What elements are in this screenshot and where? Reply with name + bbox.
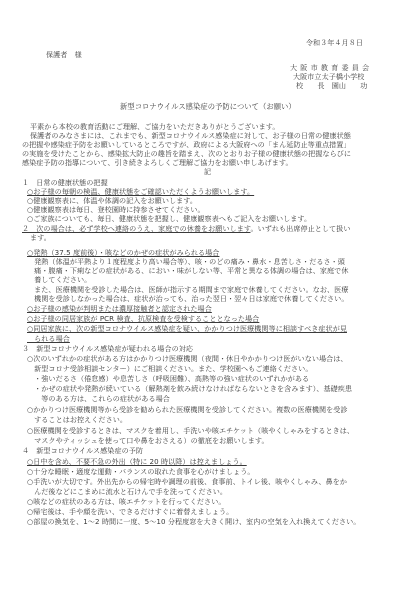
- section-4-item: ○十分な睡眠・適度な運動・バランスの取れた食事を心がけましょう。: [27, 467, 254, 476]
- section-4-item: ○部屋の換気を、1～2 時間に一度、5～10 分程度窓を大きく開け、室内の空気を…: [27, 517, 360, 526]
- section-2-item: 養してください。: [27, 275, 91, 284]
- section-4-item: ○咳などの症状のある方は、咳エチケットを行ってください。: [27, 497, 225, 506]
- section-3-item: ・強いだるさ（倦怠感）や息苦しさ（呼吸困難）、高熱等の強い症状のいずれかがある: [27, 374, 309, 383]
- recipient: 保護者 様: [46, 50, 82, 59]
- document-title: 新型コロナウイルス感染症の予防について（お願い）: [120, 102, 296, 111]
- section-1-item: ○健康観察表に、体温や体調の記入をお願いします。: [27, 196, 197, 205]
- ki-marker: 記: [204, 167, 211, 176]
- section-heading-4: ４ 新型コロナウイルス感染症の予防: [22, 446, 143, 455]
- intro-line: 感染症予防の指導について、引き続きよろしくご理解ご協力をお願い申しあげます。: [22, 158, 293, 167]
- section-2-item: ○発熱（37.5 度前後）・咳などのかぜの症状がみられる場合: [27, 248, 219, 257]
- section-2-item: 発熱（体温が平熱より１度程度より高い場合等）、咳・のどの痛み・鼻水・息苦しさ・だ…: [27, 257, 345, 266]
- section-4-item: ○手洗いが大切です。外出先からの帰宅時や調理の前後、食事前、トイレ後、咳やくしゃ…: [27, 477, 347, 486]
- intro-line: 平素から本校の教育活動にご理解、ご協力をいただきありがとうございます。: [30, 122, 279, 131]
- section-4-item: ○帰宅後は、手や顔を洗い、できるだけすぐに着替えましょう。: [27, 507, 233, 516]
- section-3-item: 新型コロナ受診相談センター）にご相談ください。また、学校園へもご連絡ください。: [27, 364, 312, 373]
- section-1-item: ○ご家族についても、毎日、健康状態を把握し、健康観察表へもご記入をお願いします。: [27, 214, 311, 223]
- section-heading-2-cont: ます。: [30, 233, 51, 242]
- section-2-item: ○同居家族に、次の新型コロナウイルス感染症を疑い、かかりつけ医療機関等に相談すべ…: [27, 324, 347, 333]
- document-page: 令和３年４月８日 保護者 様 大阪市教育委員会 大阪市立太子橋小学校 校 長 園…: [0, 0, 420, 594]
- section-3-item: ・かぜの症状や発熱が続いている（解熱剤を飲み続けなければならないときを含みます）…: [27, 384, 352, 393]
- intro-line: の実施を受けたことから、感染拡大防止の趣旨を踏まえ、次のとおりお子様の健康状態の…: [22, 149, 351, 158]
- section-2-item: ○お子様の同居家族が PCR 検査、抗原検査を受検することとなった場合: [27, 314, 259, 323]
- section-3-item: マスクやティッシュを使って口や鼻をおさえる）の徹底をお願いします。: [27, 436, 269, 445]
- section-heading-3: ３ 新型コロナウイルス感染症が疑われる場合の対応: [22, 344, 193, 353]
- section-3-item: することはお控えください。: [27, 415, 127, 424]
- section-heading-1: １ 日常の健康状態の把握: [22, 178, 108, 187]
- document-date: 令和３年４月８日: [306, 38, 363, 47]
- section-3-item: ○次のいずれかの症状がある方はかかりつけ医療機関（夜間・休日やかかりつけ医がいな…: [27, 354, 348, 363]
- section-4-item: ○日中を含め、不要不急の外出（特に 20 時以降）は控えましょう。: [27, 457, 247, 466]
- section-heading-2-rest: 。いずれも出席停止として扱い: [250, 224, 350, 233]
- section-2-item: られる場合: [27, 334, 70, 343]
- section-3-item: 等のある方は、これらの症状がある場合: [27, 394, 170, 403]
- section-2-item: また、医療機関を受診した場合は、医師が指示する期間まで家庭で休養してください。な…: [27, 285, 348, 294]
- intro-line: の把握や感染症予防をお願いしているところですが、政府による大阪府への「まん延防止…: [22, 140, 351, 149]
- section-2-item: ○お子様の感染が判明または濃厚接触者と認定された場合: [27, 304, 212, 313]
- section-heading-2-underlined: ２ 次の場合は、必ず学校へ連絡のうえ、家庭での休養をお願いします: [22, 224, 250, 233]
- section-1-item: ○お子様の毎朝の検温、健康状態をご確認いただくようお願いします。: [27, 187, 254, 196]
- sender-school: 大阪市立太子橋小学校: [293, 72, 364, 81]
- section-3-item: ○医療機関を受診するときは、マスクを着用し、手洗いや咳エチケット（咳やくしゃみを…: [27, 426, 354, 435]
- section-3-item: ○かかりつけ医療機関等から受診を勧められた医療機関を受診してください。複数の医療…: [27, 405, 348, 414]
- section-2-item: 機関を受診しなかった場合は、症状が治っても、治った翌日・翌々日は家庭で休養してく…: [27, 294, 348, 303]
- sender-principal: 校 長 園山 功: [296, 81, 367, 90]
- intro-line: 保護者のみなさまには、これまでも、新型コロナウイルス感染症に対して、お子様の日常…: [30, 131, 351, 140]
- section-1-item: ○健康観察表は毎日、登校園時に持参させてください。: [27, 205, 205, 214]
- sender-organization: 大阪市教育委員会: [290, 63, 372, 72]
- section-heading-2: ２ 次の場合は、必ず学校へ連絡のうえ、家庭での休養をお願いします。いずれも出席停…: [22, 224, 350, 233]
- section-4-item: んだ後などにこまめに流水と石けんで手を洗ってください。: [27, 487, 227, 496]
- section-2-item: 痛・腹痛・下痢などの症状がある、におい・味がしない等、平常と異なる体調の場合は、…: [27, 266, 348, 275]
